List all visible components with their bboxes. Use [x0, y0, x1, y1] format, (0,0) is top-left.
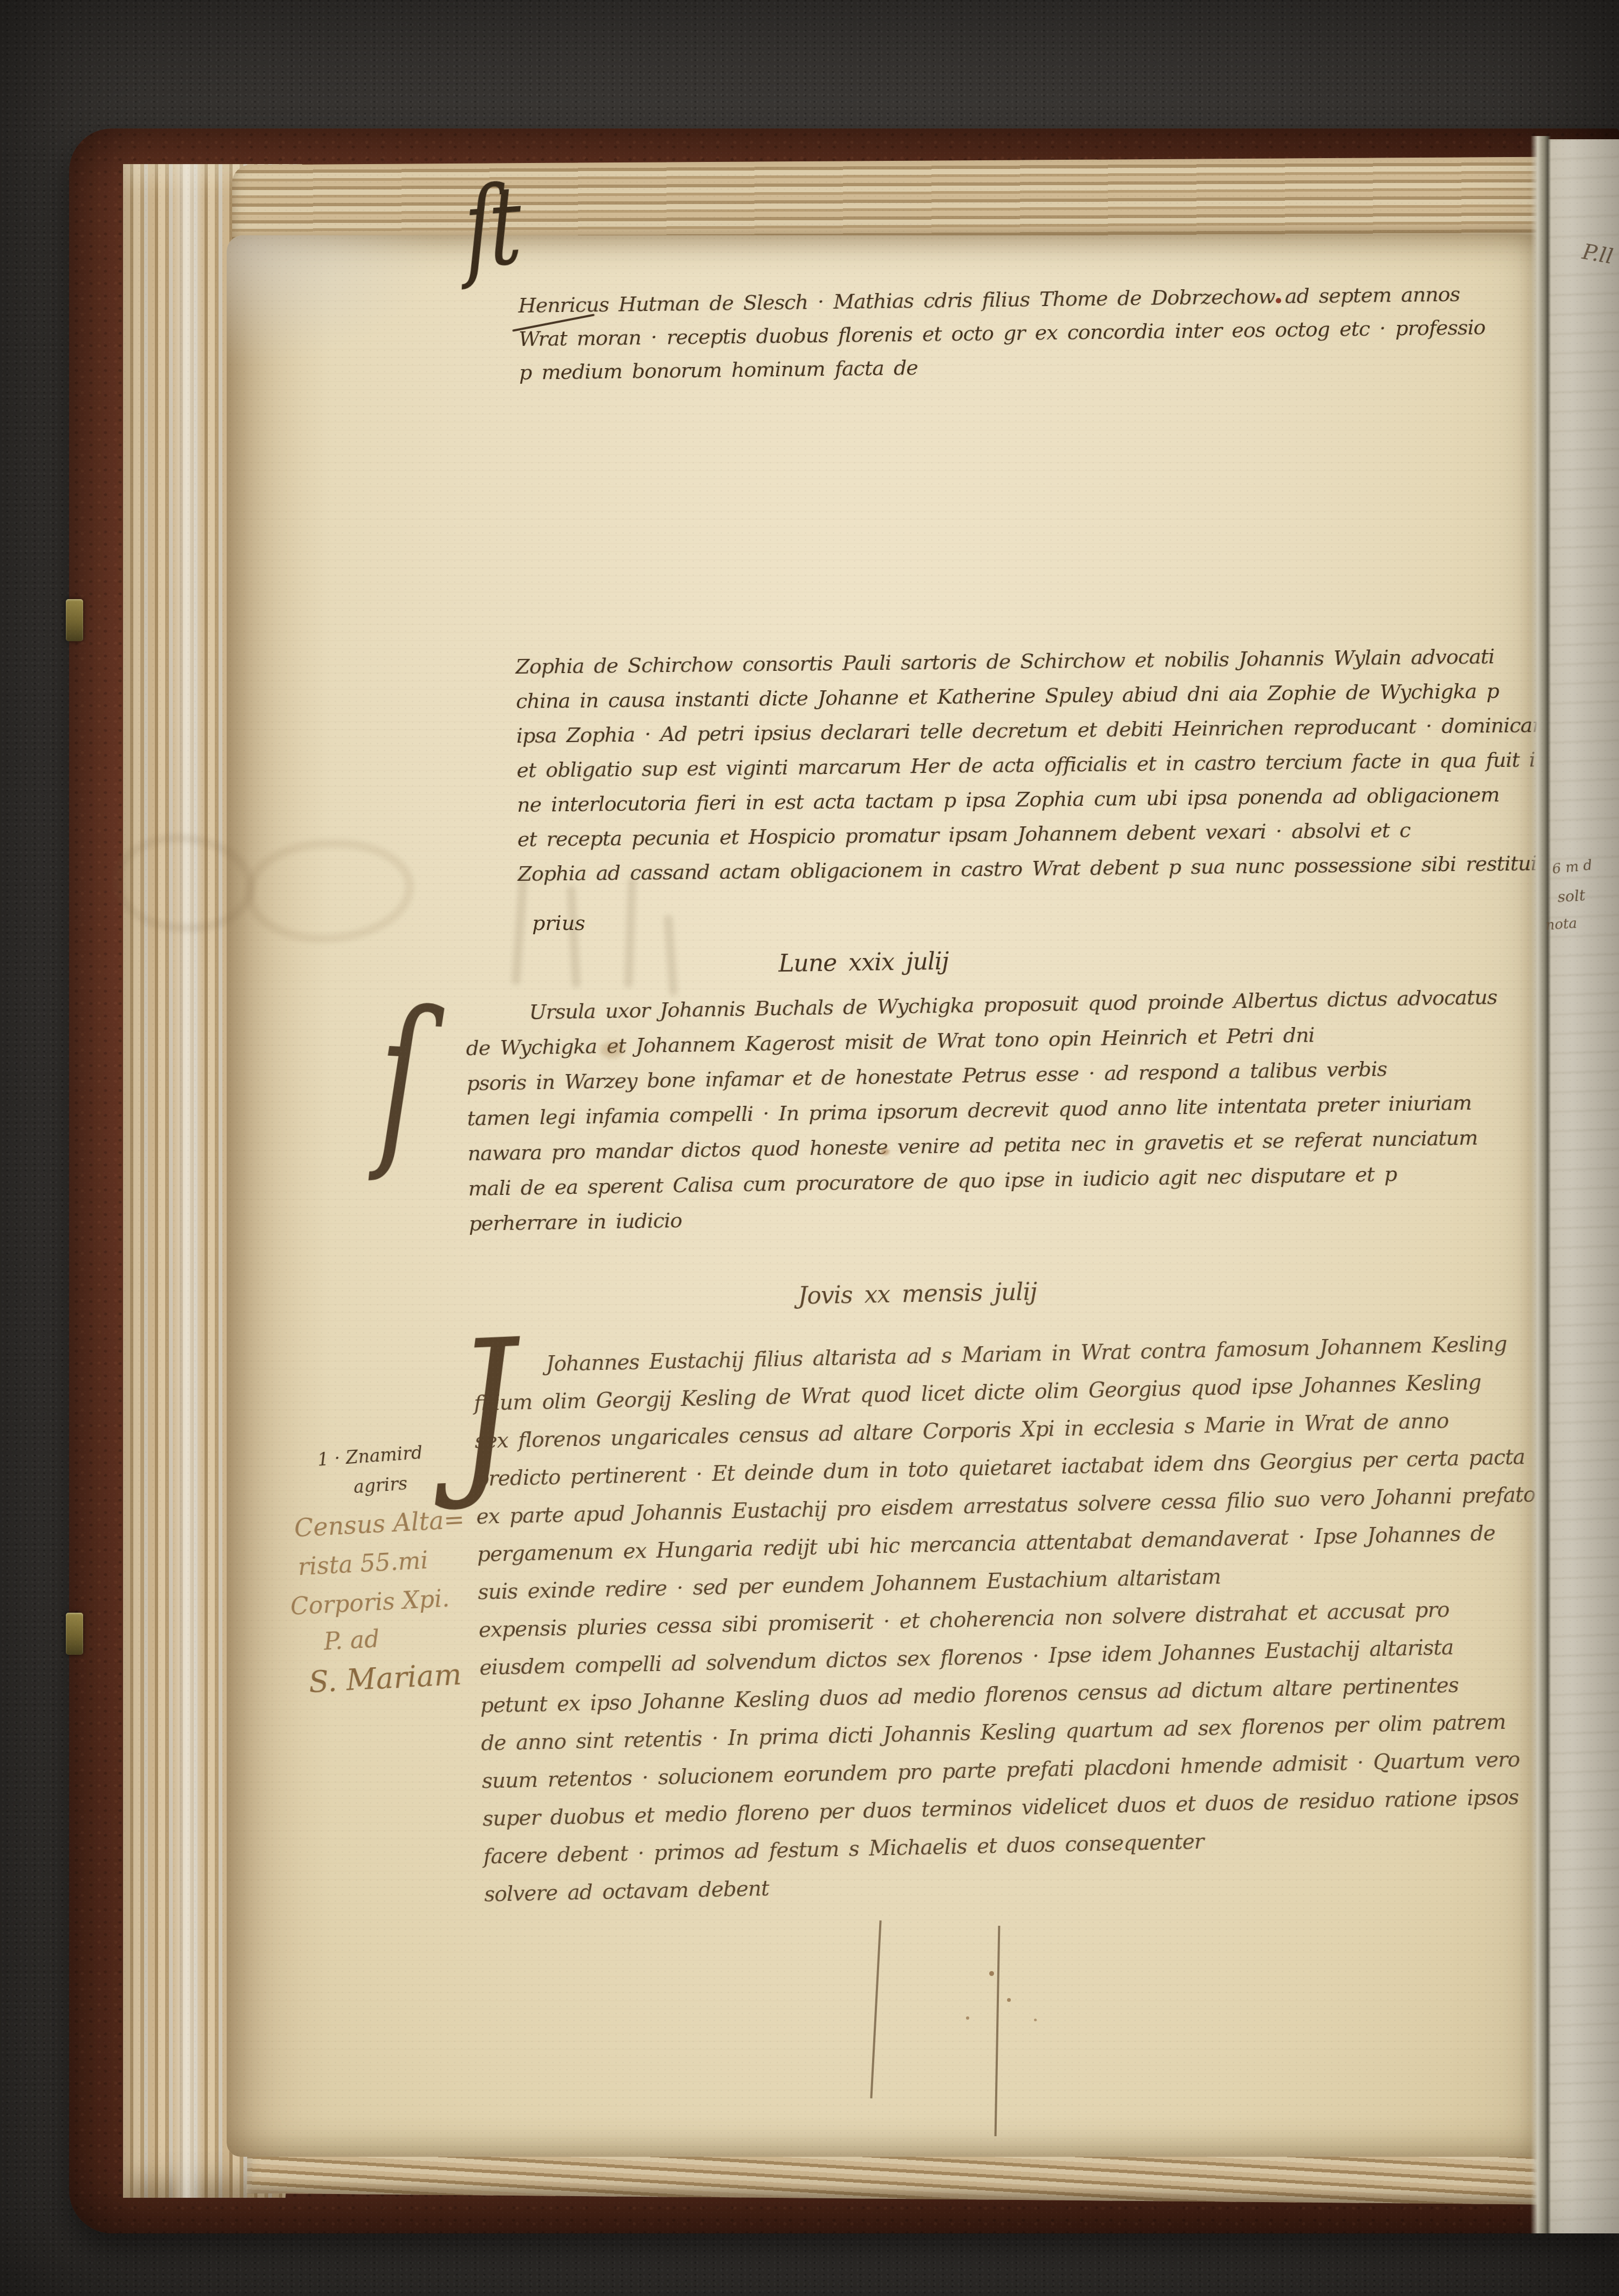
- facing-page-corner-note: P.ll: [1580, 239, 1615, 269]
- facing-page-note: nota: [1545, 915, 1577, 934]
- date-heading-jovis: Jovis xx mensis julij: [675, 1276, 1161, 1312]
- entry-3-text: Ursula uxor Johannis Buchals de Wychigka…: [465, 980, 1501, 1241]
- pen-descender: [995, 1926, 1001, 2136]
- entry-2-catchword: prius: [532, 911, 586, 935]
- foxing-spot: [600, 1042, 624, 1058]
- ink-spatter: [1007, 1998, 1011, 2002]
- handwriting-layer: ſt Henricus Hutman de Slesch · Mathias c…: [300, 128, 1541, 2233]
- entry-2-text: Zophia de Schirchow consortis Pauli sart…: [515, 638, 1541, 891]
- page-fold-crease: [1530, 136, 1551, 2233]
- ink-spatter: [966, 2016, 969, 2020]
- clasp-remnant-icon: [66, 1613, 83, 1655]
- foxing-spot: [881, 1149, 889, 1155]
- page-top-mark: ſt: [462, 162, 519, 293]
- facing-page-note: solt: [1557, 886, 1586, 906]
- pen-descender: [870, 1920, 881, 2098]
- entry-3-initial-flourish: ſ: [376, 970, 427, 1189]
- date-heading-lune: Lune xxix julij: [621, 946, 1107, 980]
- manuscript-photo: ſt Henricus Hutman de Slesch · Mathias c…: [0, 0, 1619, 2296]
- facing-page-sliver: [1546, 139, 1619, 2233]
- margin-note-dark: agrirs: [353, 1473, 408, 1498]
- entry-4-text: Johannes Eustachij filius altarista ad s…: [473, 1325, 1541, 1914]
- ink-spatter: [989, 1971, 994, 1976]
- margin-note-ad: P. ad: [323, 1625, 380, 1655]
- ink-spatter: [1034, 2019, 1037, 2021]
- entry-1-text: Henricus Hutman de Slesch · Mathias cdri…: [518, 277, 1486, 389]
- foxing-spot: [1276, 298, 1281, 303]
- clasp-remnant-icon: [66, 599, 83, 641]
